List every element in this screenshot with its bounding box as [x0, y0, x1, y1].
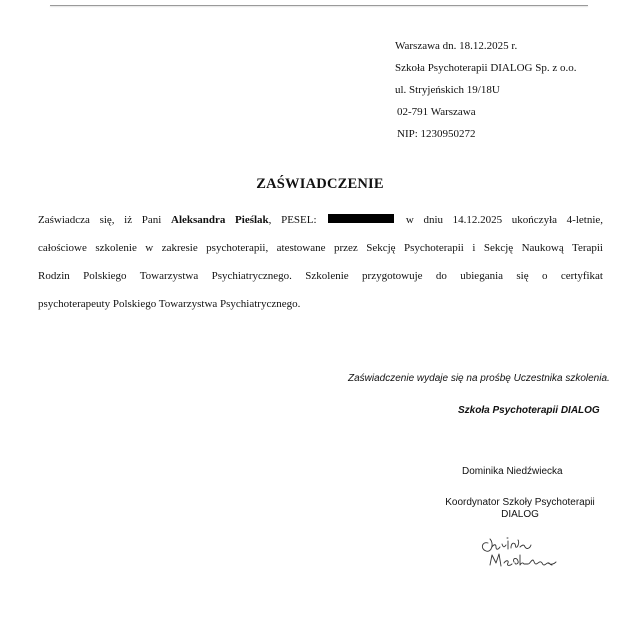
- signatory-role: Koordynator Szkoły Psychoterapii DIALOG: [430, 497, 610, 521]
- pesel-label: , PESEL:: [269, 214, 317, 226]
- body-line1-prefix: Zaświadcza się, iż Pani: [38, 214, 161, 226]
- signatory-name: Dominika Niedźwiecka: [462, 466, 563, 477]
- body-line-1: Zaświadcza się, iż Pani Aleksandra Pieśl…: [38, 206, 603, 234]
- document-title: ZAŚWIADCZENIE: [0, 176, 640, 193]
- certificate-body: Zaświadcza się, iż Pani Aleksandra Pieśl…: [38, 206, 603, 318]
- body-line-3: Rodzin Polskiego Towarzystwa Psychiatryc…: [38, 262, 603, 290]
- signature-icon: [478, 533, 568, 573]
- top-divider: [50, 5, 588, 6]
- body-line-2: całościowe szkolenie w zakresie psychote…: [38, 234, 603, 262]
- person-name: Aleksandra Pieślak: [171, 214, 269, 226]
- place-date: Warszawa dn. 18.12.2025 r.: [395, 35, 576, 57]
- school-signature-line: Szkoła Psychoterapii DIALOG: [458, 405, 600, 416]
- street-address: ul. Stryjeńskich 19/18U: [395, 79, 576, 101]
- body-line1-suffix: w dniu 14.12.2025 ukończyła 4-letnie,: [406, 214, 603, 226]
- body-line-4: psychoterapeuty Polskiego Towarzystwa Ps…: [38, 290, 603, 318]
- pesel-redaction-bar: [328, 214, 394, 223]
- issue-note: Zaświadczenie wydaje się na prośbę Uczes…: [348, 373, 610, 384]
- nip-number: NIP: 1230950272: [395, 123, 576, 145]
- signatory-role-line-2: DIALOG: [430, 509, 610, 521]
- signatory-role-line-1: Koordynator Szkoły Psychoterapii: [430, 497, 610, 509]
- sender-header: Warszawa dn. 18.12.2025 r. Szkoła Psycho…: [395, 35, 576, 145]
- company-name: Szkoła Psychoterapii DIALOG Sp. z o.o.: [395, 57, 576, 79]
- postal-city: 02-791 Warszawa: [395, 101, 576, 123]
